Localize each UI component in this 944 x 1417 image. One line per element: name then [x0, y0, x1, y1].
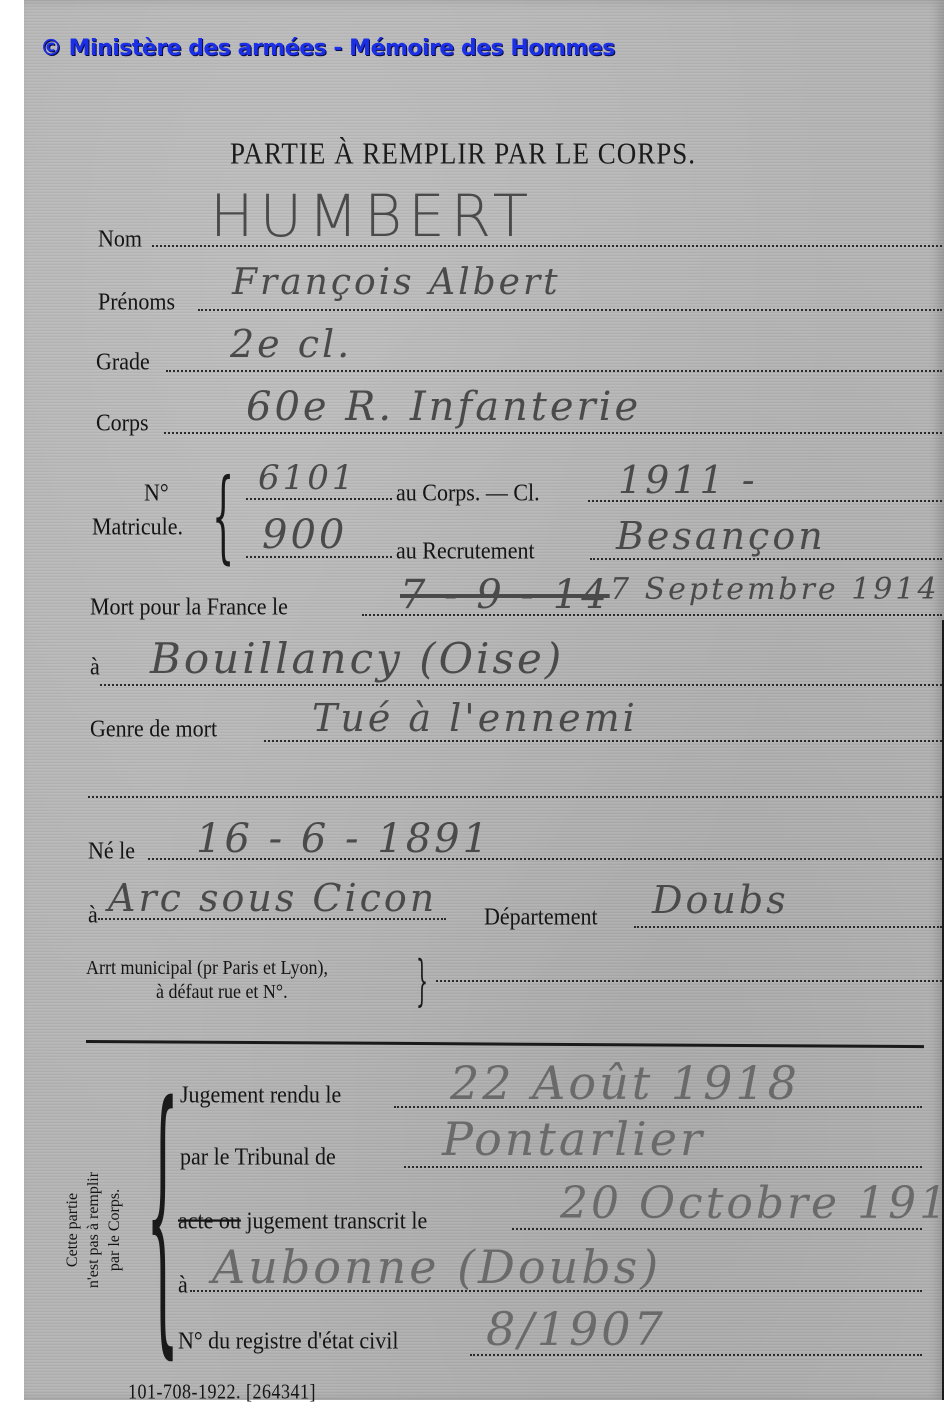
matricule-recrutement-value: 900	[262, 512, 347, 558]
genre-mort-value: Tué à l'ennemi	[312, 696, 638, 740]
side-note: Cette partie n'est pas à remplir par le …	[62, 1120, 125, 1340]
lieu-deces-line	[100, 684, 942, 686]
form-reference-code: 101-708-1922. [264341]	[128, 1380, 316, 1404]
transcrit-value: 20 Octobre 1918	[560, 1178, 944, 1229]
transcrit-lieu-label: à	[178, 1270, 188, 1299]
recrutement-value: Besançon	[616, 514, 826, 558]
side-note-brace: {	[146, 1070, 179, 1360]
tribunal-line	[404, 1166, 922, 1168]
recrutement-label: au Recrutement	[396, 536, 535, 565]
nom-value: HUMBERT	[210, 182, 534, 250]
corps-value: 60e R. Infanterie	[246, 384, 641, 430]
grade-value: 2e cl.	[230, 322, 352, 366]
side-note-line3: par le Corps.	[104, 1120, 125, 1340]
transcrit-lieu-value: Aubonne (Doubs)	[212, 1240, 661, 1294]
lieu-deces-value: Bouillancy (Oise)	[150, 634, 564, 683]
matricule-brace: {	[212, 466, 234, 566]
form-heading: PARTIE À REMPLIR PAR LE CORPS.	[230, 136, 696, 172]
recrutement-line	[590, 558, 942, 560]
transcrit-label-text: jugement transcrit le	[246, 1206, 427, 1234]
departement-label: Département	[484, 902, 598, 931]
mort-struck-value: 7 - 9 - 14	[400, 572, 610, 618]
departement-line	[634, 926, 942, 928]
matricule-corps-line	[246, 498, 392, 500]
genre-mort-label: Genre de mort	[90, 714, 217, 743]
matricule-corps-value: 6101	[258, 458, 357, 498]
arrondissement-brace: }	[416, 954, 428, 1008]
lieu-naissance-value: Arc sous Cicon	[108, 876, 437, 920]
matricule-label-no: N°	[144, 478, 169, 507]
copyright-watermark: © Ministère des armées - Mémoire des Hom…	[40, 36, 615, 61]
tribunal-label: par le Tribunal de	[180, 1142, 336, 1171]
ne-le-label: Né le	[88, 836, 135, 865]
grade-line	[166, 370, 942, 372]
nom-label: Nom	[98, 224, 142, 253]
classe-value: 1911 -	[618, 458, 758, 502]
mort-value: 7 Septembre 1914	[610, 572, 940, 607]
lieu-deces-label: à	[90, 652, 100, 681]
side-note-line2: n'est pas à remplir	[83, 1120, 104, 1340]
tribunal-value: Pontarlier	[442, 1112, 705, 1166]
transcrit-label: acte ou jugement transcrit le	[178, 1206, 427, 1235]
side-note-line1: Cette partie	[62, 1120, 83, 1340]
mort-label: Mort pour la France le	[90, 592, 288, 621]
jugement-rendu-label: Jugement rendu le	[180, 1080, 341, 1109]
arrondissement-label-line2: à défaut rue et N°.	[156, 980, 288, 1004]
ne-le-value: 16 - 6 - 1891	[196, 816, 491, 862]
lieu-naissance-label: à	[88, 900, 98, 929]
blank-line	[88, 796, 942, 798]
registre-label: N° du registre d'état civil	[178, 1326, 398, 1355]
registre-value: 8/1907	[486, 1302, 666, 1356]
genre-mort-line	[264, 740, 942, 742]
corps-line	[164, 432, 942, 434]
arrondissement-label-line1: Arrt municipal (pr Paris et Lyon),	[86, 956, 328, 980]
jugement-rendu-value: 22 Août 1918	[450, 1056, 800, 1110]
prenoms-line	[198, 309, 942, 311]
departement-value: Doubs	[652, 878, 789, 922]
transcrit-struck-label: acte ou	[178, 1206, 241, 1234]
corps-label: Corps	[96, 408, 149, 437]
au-corps-classe-label: au Corps. — Cl.	[396, 478, 540, 507]
prenoms-label: Prénoms	[98, 287, 175, 316]
matricule-label: Matricule.	[92, 512, 183, 541]
arrondissement-line	[436, 980, 942, 982]
grade-label: Grade	[96, 347, 150, 376]
prenoms-value: François Albert	[232, 262, 561, 303]
